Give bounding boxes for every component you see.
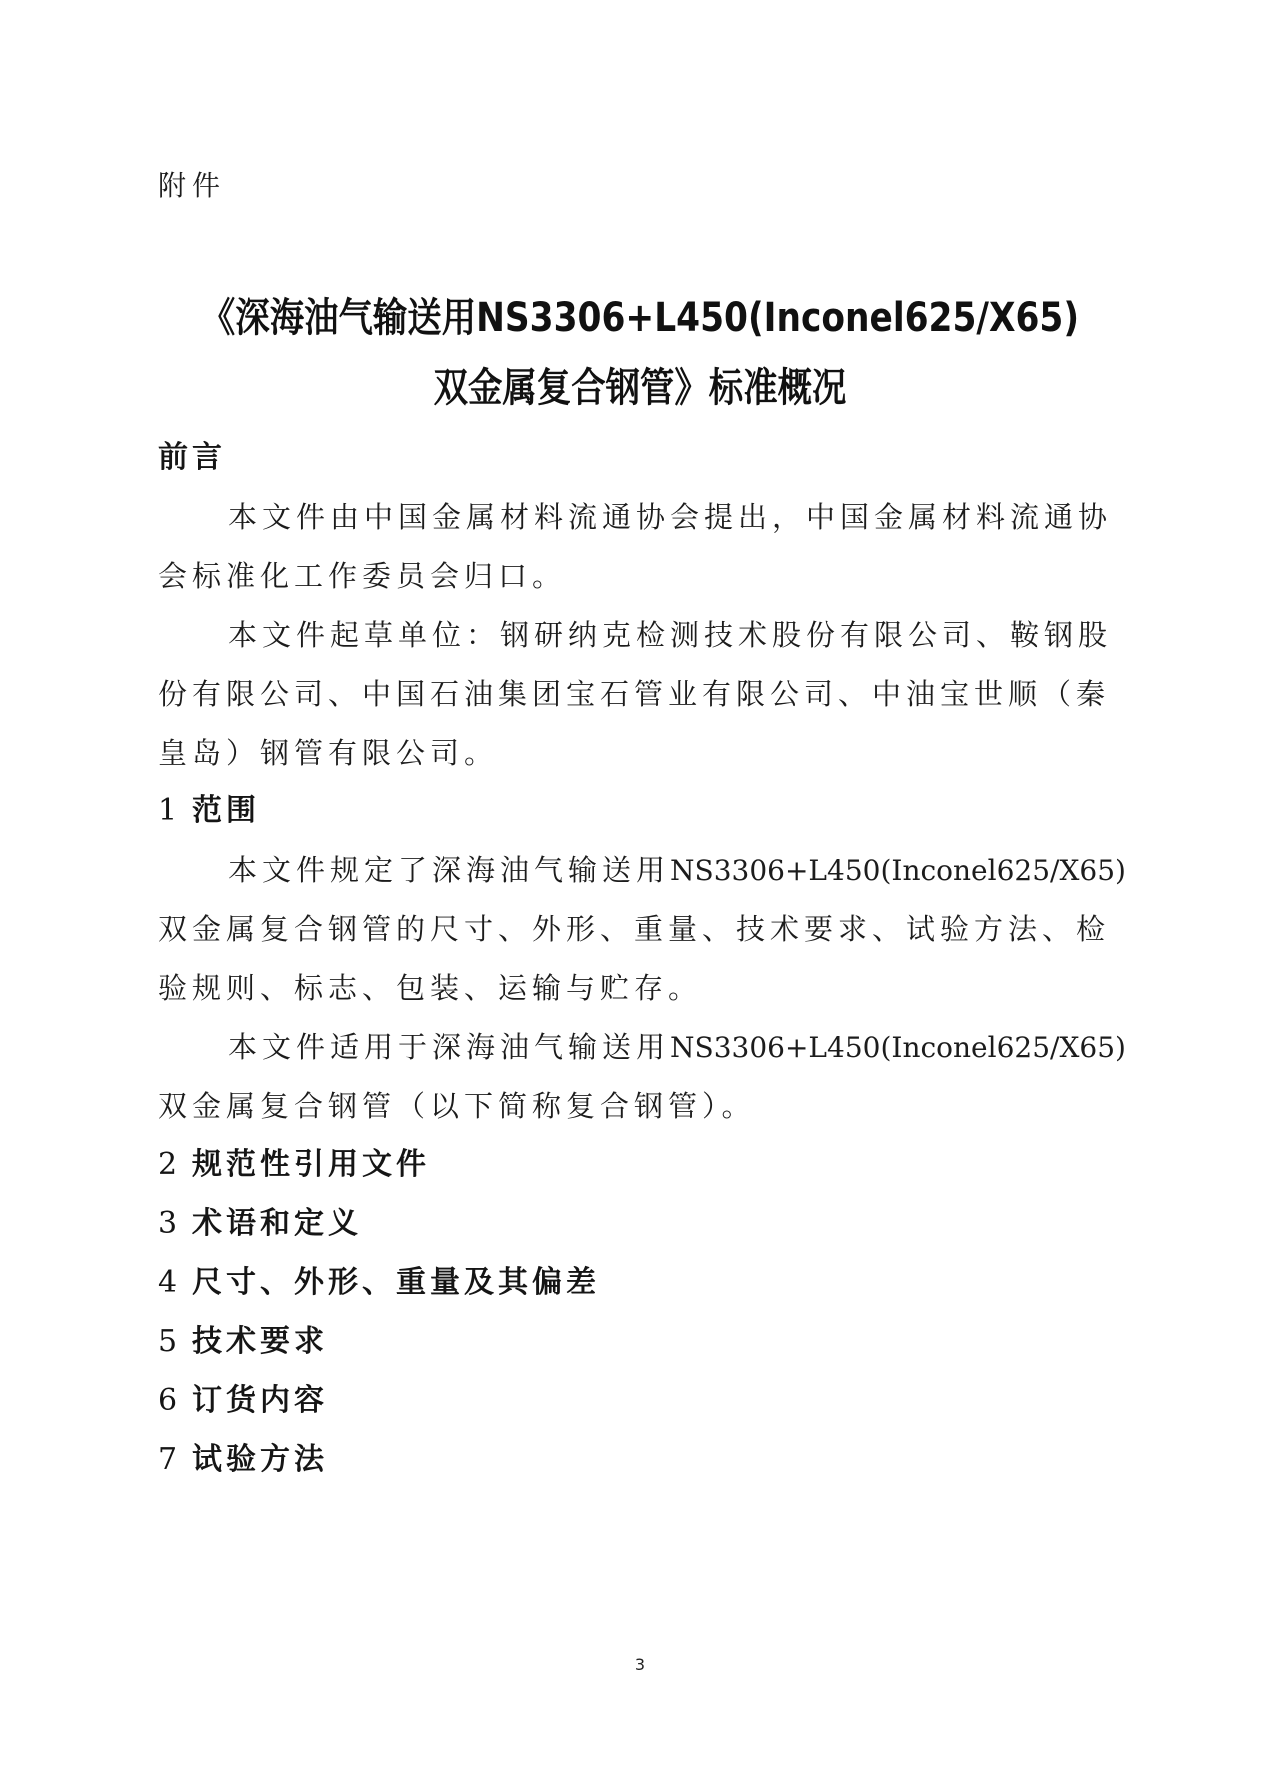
section-heading-5: 5技术要求 <box>158 1322 328 1362</box>
section-title: 技术要求 <box>192 1324 328 1359</box>
section-title: 术语和定义 <box>192 1206 362 1241</box>
section-number: 2 <box>158 1145 192 1185</box>
document-title-line-1: 《深海油气输送用NS3306+L450(Inconel625/X65) <box>90 291 1191 345</box>
page-number: 3 <box>0 1655 1280 1674</box>
document-page: 附件 《深海油气输送用NS3306+L450(Inconel625/X65) 双… <box>0 0 1280 1792</box>
preface-paragraph-1-line-1: 本文件由中国金属材料流通协会提出，中国金属材料流通协 <box>228 497 1112 537</box>
section-title: 订货内容 <box>192 1383 328 1418</box>
preface-paragraph-2-line-2: 份有限公司、中国石油集团宝石管业有限公司、中油宝世顺（秦 <box>158 674 1110 714</box>
scope-paragraph-2-line-1: 本文件适用于深海油气输送用NS3306+L450(Inconel625/X65) <box>228 1027 1126 1068</box>
section-heading-2: 2规范性引用文件 <box>158 1145 430 1185</box>
section-heading-4: 4尺寸、外形、重量及其偏差 <box>158 1263 600 1303</box>
section-title: 试验方法 <box>192 1442 328 1477</box>
preface-paragraph-1-line-2: 会标准化工作委员会归口。 <box>158 556 566 596</box>
scope-paragraph-1-line-3: 验规则、标志、包装、运输与贮存。 <box>158 968 702 1008</box>
section-title: 尺寸、外形、重量及其偏差 <box>192 1265 600 1300</box>
scope-text: 本文件规定了深海油气输送用 <box>228 853 670 887</box>
section-number: 5 <box>158 1322 192 1362</box>
section-title: 规范性引用文件 <box>192 1147 430 1182</box>
scope-text: 本文件适用于深海油气输送用 <box>228 1030 670 1064</box>
product-code: NS3306+L450(Inconel625/X65) <box>670 1031 1126 1064</box>
scope-paragraph-1-line-1: 本文件规定了深海油气输送用NS3306+L450(Inconel625/X65) <box>228 850 1126 891</box>
product-code: NS3306+L450(Inconel625/X65) <box>670 854 1126 887</box>
section-heading-1: 1范围 <box>158 791 260 831</box>
section-heading-6: 6订货内容 <box>158 1381 328 1421</box>
section-heading-3: 3术语和定义 <box>158 1204 362 1244</box>
section-heading-7: 7试验方法 <box>158 1440 328 1480</box>
preface-paragraph-2-line-1: 本文件起草单位：钢研纳克检测技术股份有限公司、鞍钢股 <box>228 615 1112 655</box>
section-number: 3 <box>158 1204 192 1244</box>
scope-paragraph-2-line-2: 双金属复合钢管（以下简称复合钢管）。 <box>158 1086 756 1126</box>
scope-paragraph-1-line-2: 双金属复合钢管的尺寸、外形、重量、技术要求、试验方法、检 <box>158 909 1110 949</box>
section-number: 4 <box>158 1263 192 1303</box>
section-number: 6 <box>158 1381 192 1421</box>
document-title-line-2: 双金属复合钢管》标准概况 <box>90 361 1191 415</box>
section-number: 1 <box>158 791 192 831</box>
preface-heading: 前言 <box>158 438 226 478</box>
section-title: 范围 <box>192 793 260 828</box>
preface-paragraph-2-line-3: 皇岛）钢管有限公司。 <box>158 733 498 773</box>
attachment-label: 附件 <box>158 166 226 206</box>
section-number: 7 <box>158 1440 192 1480</box>
